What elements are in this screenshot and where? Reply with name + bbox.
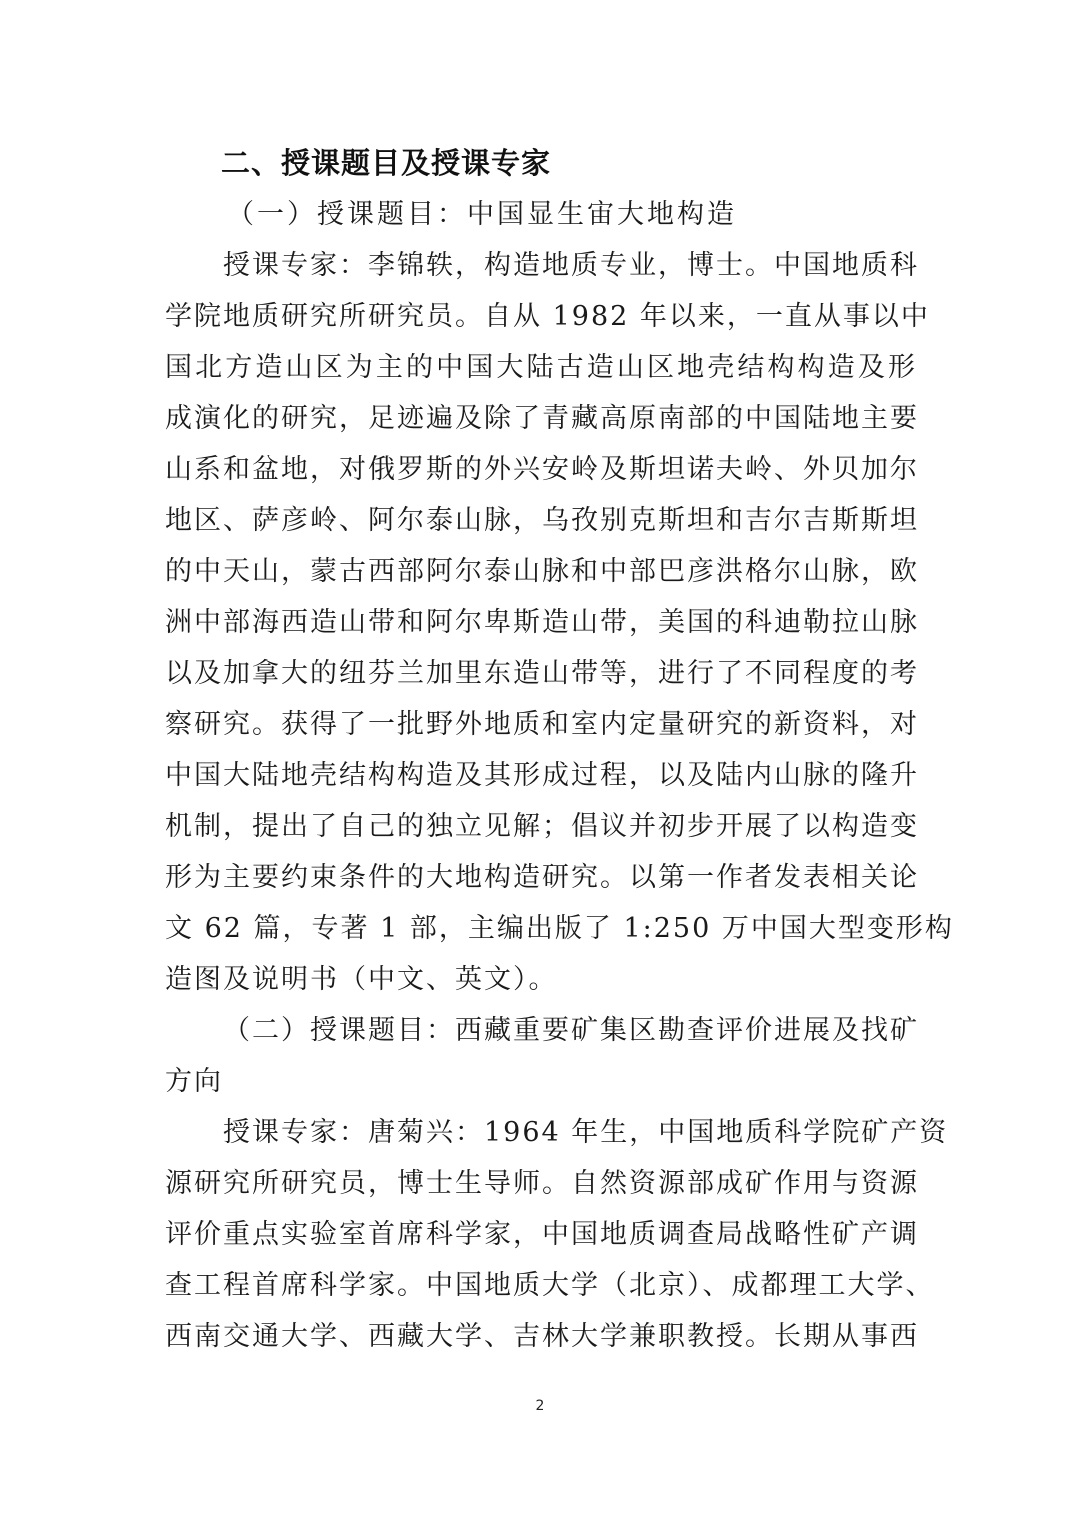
- bio-line: 文 62 篇，专著 1 部，主编出版了 1:250 万中国大型变形构: [165, 903, 917, 954]
- bio-line: 中国大陆地壳结构构造及其形成过程，以及陆内山脉的隆升: [165, 750, 917, 801]
- topic-2-title: （二）授课题目：西藏重要矿集区勘查评价进展及找矿 方向: [165, 1005, 917, 1107]
- bio-line: 山系和盆地，对俄罗斯的外兴安岭及斯坦诺夫岭、外贝加尔: [165, 444, 917, 495]
- bio-line: 形为主要约束条件的大地构造研究。以第一作者发表相关论: [165, 852, 917, 903]
- section-heading: 二、授课题目及授课专家: [165, 138, 917, 189]
- bio-line: 造图及说明书（中文、英文）。: [165, 954, 917, 1005]
- bio-line: 授课专家：李锦轶，构造地质专业，博士。中国地质科: [165, 240, 917, 291]
- bio-line: 授课专家：唐菊兴：1964 年生，中国地质科学院矿产资: [165, 1107, 917, 1158]
- bio-line: 西南交通大学、西藏大学、吉林大学兼职教授。长期从事西: [165, 1311, 917, 1362]
- bio-line: 机制，提出了自己的独立见解；倡议并初步开展了以构造变: [165, 801, 917, 852]
- bio-line: 洲中部海西造山带和阿尔卑斯造山带，美国的科迪勒拉山脉: [165, 597, 917, 648]
- bio-line: 以及加拿大的纽芬兰加里东造山带等，进行了不同程度的考: [165, 648, 917, 699]
- bio-line: 国北方造山区为主的中国大陆古造山区地壳结构构造及形: [165, 342, 917, 393]
- bio-line: 学院地质研究所研究员。自从 1982 年以来，一直从事以中: [165, 291, 917, 342]
- topic-1-expert-bio: 授课专家：李锦轶，构造地质专业，博士。中国地质科 学院地质研究所研究员。自从 1…: [165, 240, 917, 1005]
- topic-1-title: （一）授课题目：中国显生宙大地构造: [165, 189, 917, 240]
- bio-line: 地区、萨彦岭、阿尔泰山脉，乌孜别克斯坦和吉尔吉斯斯坦: [165, 495, 917, 546]
- title-line: 方向: [165, 1056, 917, 1107]
- bio-line: 查工程首席科学家。中国地质大学（北京）、成都理工大学、: [165, 1260, 917, 1311]
- bio-line: 源研究所研究员，博士生导师。自然资源部成矿作用与资源: [165, 1158, 917, 1209]
- page-number: 2: [0, 1398, 1080, 1414]
- page-content: 二、授课题目及授课专家 （一）授课题目：中国显生宙大地构造 授课专家：李锦轶，构…: [165, 138, 917, 1362]
- title-line: （二）授课题目：西藏重要矿集区勘查评价进展及找矿: [165, 1005, 917, 1056]
- bio-line: 的中天山，蒙古西部阿尔泰山脉和中部巴彦洪格尔山脉，欧: [165, 546, 917, 597]
- document-page: 二、授课题目及授课专家 （一）授课题目：中国显生宙大地构造 授课专家：李锦轶，构…: [0, 0, 1080, 1527]
- bio-line: 察研究。获得了一批野外地质和室内定量研究的新资料，对: [165, 699, 917, 750]
- topic-2: （二）授课题目：西藏重要矿集区勘查评价进展及找矿 方向 授课专家：唐菊兴：196…: [165, 1005, 917, 1362]
- topic-1: （一）授课题目：中国显生宙大地构造 授课专家：李锦轶，构造地质专业，博士。中国地…: [165, 189, 917, 1005]
- bio-line: 评价重点实验室首席科学家，中国地质调查局战略性矿产调: [165, 1209, 917, 1260]
- bio-line: 成演化的研究，足迹遍及除了青藏高原南部的中国陆地主要: [165, 393, 917, 444]
- topic-2-expert-bio: 授课专家：唐菊兴：1964 年生，中国地质科学院矿产资 源研究所研究员，博士生导…: [165, 1107, 917, 1362]
